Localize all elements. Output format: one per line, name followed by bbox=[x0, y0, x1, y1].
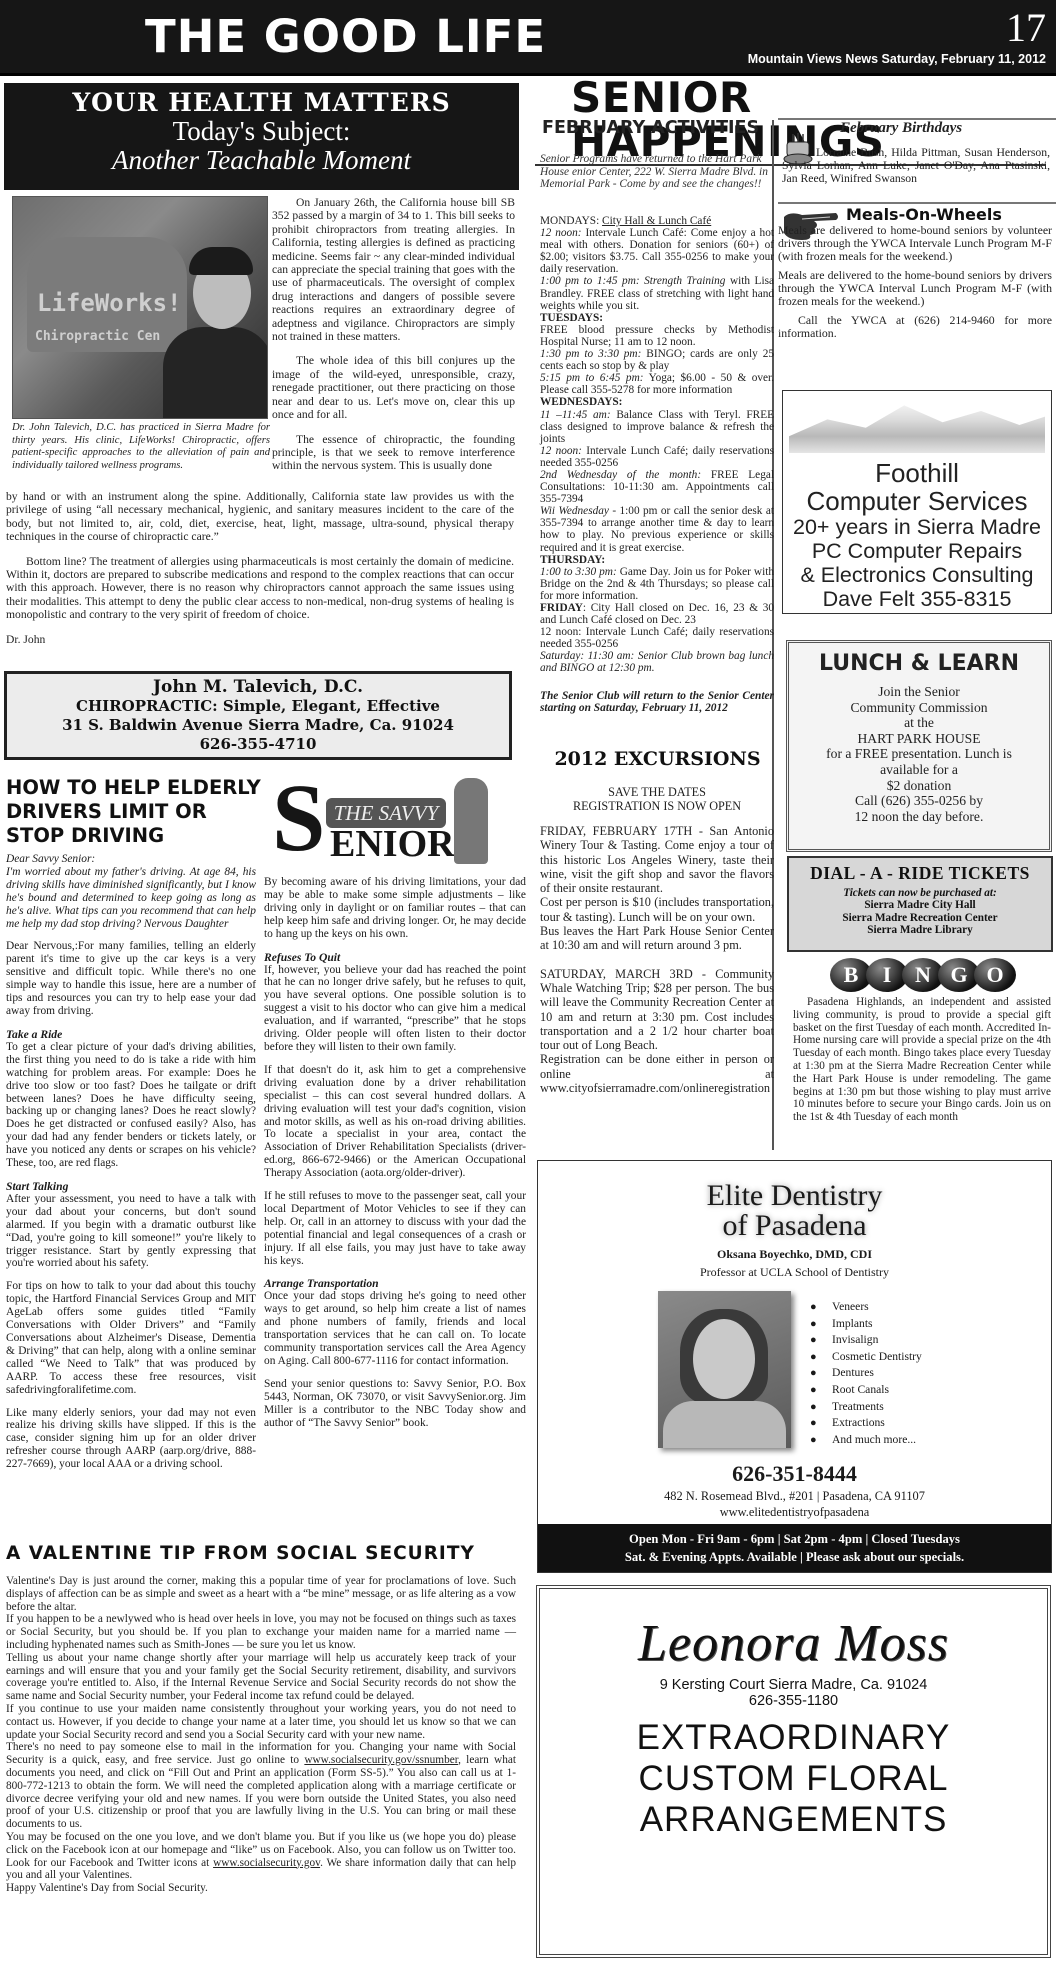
doctor-photo: LifeWorks! Chiropractic Cen bbox=[12, 196, 268, 419]
column-subject-label: Today's Subject: bbox=[4, 117, 519, 145]
chiropractic-ad: John M. Talevich, D.C. CHIROPRACTIC: Sim… bbox=[4, 671, 512, 760]
birthday-names: Lorraine Bush, Hilda Pittman, Susan Hend… bbox=[782, 146, 1050, 185]
item-time: 1:00 pm to 1:45 pm: Strength Training bbox=[540, 275, 725, 287]
item-time: 1:30 pm to 3:30 pm: bbox=[540, 348, 641, 360]
schedule-item: 12 noon: Intervale Lunch Café; daily res… bbox=[540, 445, 774, 469]
valentine-headline: A VALENTINE TIP FROM SOCIAL SECURITY bbox=[6, 1543, 521, 1564]
ticket-location: Sierra Madre City Hall bbox=[789, 899, 1051, 912]
section-title: THE GOOD LIFE bbox=[145, 10, 546, 63]
ad-line: & Electronics Consulting bbox=[783, 563, 1051, 587]
schedule-item: 1:00 to 3:30 pm: Game Day. Join us for P… bbox=[540, 566, 774, 602]
ad-line: PC Computer Repairs bbox=[783, 539, 1051, 563]
column-kicker: YOUR HEALTH MATTERS bbox=[4, 89, 519, 117]
registration-open-line: REGISTRATION IS NOW OPEN bbox=[540, 800, 774, 814]
article-paragraph: Valentine's Day is just around the corne… bbox=[6, 1575, 516, 1613]
clinic-sign-subtext: Chiropractic Cen bbox=[35, 329, 160, 344]
savvy-headline: HOW TO HELP ELDERLY DRIVERS LIMIT OR STO… bbox=[6, 776, 261, 848]
schedule-item: 1:30 pm to 3:30 pm: BINGO; cards are onl… bbox=[540, 348, 774, 372]
schedule-item: 12 noon: Intervale Lunch Café: Come enjo… bbox=[540, 227, 774, 275]
ad-name: John M. Talevich, D.C. bbox=[7, 677, 509, 697]
ad-address: 9 Kersting Court Sierra Madre, Ca. 91024 bbox=[540, 1677, 1047, 1693]
senior-club-note: The Senior Club will return to the Senio… bbox=[540, 690, 774, 714]
ad-line: 20+ years in Sierra Madre bbox=[783, 515, 1051, 539]
schedule-item: 1:00 pm to 1:45 pm: Strength Training wi… bbox=[540, 275, 774, 311]
mountain-illustration bbox=[789, 397, 1045, 453]
ad-line: Computer Services bbox=[783, 487, 1051, 515]
service-item: Dentures bbox=[810, 1365, 922, 1382]
ad-headline-line: ARRANGEMENTS bbox=[540, 1799, 1047, 1840]
hours-line: Open Mon - Fri 9am - 6pm | Sat 2pm - 4pm… bbox=[538, 1530, 1051, 1548]
excursions-title: 2012 EXCURSIONS bbox=[545, 748, 770, 770]
article-paragraph: Bottom line? The treatment of allergies … bbox=[6, 555, 514, 622]
letter-salutation: Dear Savvy Senior: bbox=[6, 853, 256, 866]
schedule-item: 2nd Wednesday of the month: FREE Legal C… bbox=[540, 469, 774, 505]
schedule-tuesday-header: TUESDAYS: bbox=[540, 312, 774, 324]
logo-big-s: S bbox=[272, 768, 325, 868]
ad-website: www.elitedentistryofpasadena bbox=[538, 1505, 1051, 1520]
ad-doctor-title: Professor at UCLA School of Dentistry bbox=[538, 1265, 1051, 1280]
body-line: at the bbox=[789, 715, 1049, 731]
ad-hours-bar: Open Mon - Fri 9am - 6pm | Sat 2pm - 4pm… bbox=[538, 1524, 1051, 1572]
savvy-senior-logo: S THE SAVVY ENIOR bbox=[268, 776, 490, 868]
item-time: 2nd Wednesday of the month: bbox=[540, 469, 701, 481]
schedule-item: FREE blood pressure checks by Methodist … bbox=[540, 324, 774, 348]
item-time: 11 –11:45 am: bbox=[540, 409, 611, 421]
article-paragraph: Send your senior questions to: Savvy Sen… bbox=[264, 1378, 526, 1430]
february-activities-title: FEBRUARY ACTIVITIES bbox=[542, 118, 759, 138]
lunch-and-learn-box: LUNCH & LEARN Join the Senior Community … bbox=[786, 640, 1052, 852]
article-paragraph: The whole idea of this bill conjures up … bbox=[272, 354, 515, 421]
newspaper-man-icon bbox=[454, 778, 488, 864]
meals-paragraph: Meals are delivered to home-bound senior… bbox=[778, 224, 1052, 263]
service-item: Cosmetic Dentistry bbox=[810, 1349, 922, 1366]
body-line: 12 noon the day before. bbox=[789, 809, 1049, 825]
savvy-column-1: Dear Savvy Senior: I'm worried about my … bbox=[6, 853, 256, 1481]
article-paragraph: Telling us about your name change shortl… bbox=[6, 1652, 516, 1703]
article-paragraph: Once your dad stops driving he's going t… bbox=[264, 1290, 526, 1367]
article-paragraph: If, however, you believe your dad has re… bbox=[264, 964, 526, 1054]
excursion-text: Registration can be done either in perso… bbox=[540, 1052, 774, 1095]
ad-phone: 626-351-8444 bbox=[538, 1461, 1051, 1487]
article-paragraph: By becoming aware of his driving limitat… bbox=[264, 876, 526, 941]
body-line: Join the Senior bbox=[789, 684, 1049, 700]
day-label: MONDAYS: bbox=[540, 215, 602, 227]
excursion-text: Bus leaves the Hart Park House Senior Ce… bbox=[540, 924, 774, 952]
ssnumber-link[interactable]: www.socialsecurity.gov/ssnumber bbox=[304, 1754, 458, 1766]
divider bbox=[778, 202, 1056, 204]
ad-title-line: of Pasadena bbox=[538, 1211, 1051, 1241]
article-paragraph: If you continue to use your maiden name … bbox=[6, 1703, 516, 1741]
ad-address: 31 S. Baldwin Avenue Sierra Madre, Ca. 9… bbox=[7, 716, 509, 735]
body-line: Community Commission bbox=[789, 700, 1049, 716]
save-dates-line: SAVE THE DATES bbox=[540, 786, 774, 800]
leonora-moss-ad: Leonora Moss 9 Kersting Court Sierra Mad… bbox=[536, 1585, 1051, 1958]
photo-jacket bbox=[663, 1401, 786, 1448]
dial-a-ride-title: DIAL - A - RIDE TICKETS bbox=[789, 863, 1051, 884]
article-closing: Happy Valentine's Day from Social Securi… bbox=[6, 1882, 516, 1895]
column-subject-title: Another Teachable Moment bbox=[4, 145, 519, 175]
article-paragraph: Dear Nervous,:For many families, telling… bbox=[6, 940, 256, 1017]
ticket-location: Sierra Madre Recreation Center bbox=[789, 912, 1051, 925]
body-line: HART PARK HOUSE bbox=[789, 731, 1049, 747]
ticket-location: Sierra Madre Library bbox=[789, 924, 1051, 937]
schedule-item: Wii Wednesday - 1:00 pm or call the seni… bbox=[540, 505, 774, 553]
excursion-item: SATURDAY, MARCH 3RD - Community Whale Wa… bbox=[540, 967, 774, 1096]
activity-schedule: MONDAYS: City Hall & Lunch Café 12 noon:… bbox=[540, 215, 774, 675]
excursion-text: SATURDAY, MARCH 3RD - Community Whale Wa… bbox=[540, 967, 774, 1052]
excursions-save-dates: SAVE THE DATES REGISTRATION IS NOW OPEN bbox=[540, 786, 774, 813]
health-column-header: YOUR HEALTH MATTERS Today's Subject: Ano… bbox=[4, 83, 519, 190]
ad-phone: 626-355-1180 bbox=[540, 1693, 1047, 1709]
service-item: Veneers bbox=[810, 1299, 922, 1316]
photo-caption: Dr. John Talevich, D.C. has practiced in… bbox=[12, 422, 270, 472]
subheading: Take a Ride bbox=[6, 1028, 256, 1041]
health-article-wide: by hand or with an instrument along the … bbox=[6, 490, 514, 657]
meals-paragraph: Meals are delivered to the home-bound se… bbox=[778, 269, 1052, 308]
photo-figure-body bbox=[163, 327, 268, 419]
ad-tagline: CHIROPRACTIC: Simple, Elegant, Effective bbox=[7, 697, 509, 716]
service-item: And much more... bbox=[810, 1432, 922, 1449]
meals-paragraph: Call the YWCA at (626) 214-9460 for more… bbox=[778, 314, 1052, 340]
schedule-item: 5:15 pm to 6:45 pm: Yoga; $6.00 - 50 & o… bbox=[540, 372, 774, 396]
item-time: 12 noon: bbox=[540, 445, 582, 457]
ad-phone: 626-355-4710 bbox=[7, 735, 509, 754]
excursions-body: FRIDAY, FEBRUARY 17TH - San Antonio Wine… bbox=[540, 824, 774, 1109]
item-time: 12 noon: bbox=[540, 227, 582, 239]
lunch-learn-title: LUNCH & LEARN bbox=[789, 651, 1049, 677]
photo-figure-cap bbox=[189, 247, 253, 275]
article-paragraph: If he still refuses to move to the passe… bbox=[264, 1190, 526, 1267]
socialsecurity-link[interactable]: www.socialsecurity.gov bbox=[213, 1857, 320, 1869]
schedule-item: 11 –11:45 am: Balance Class with Teryl. … bbox=[540, 409, 774, 445]
article-signature: Dr. John bbox=[6, 633, 514, 646]
senior-intro: Senior Programs have returned to the Har… bbox=[540, 153, 774, 191]
article-paragraph: For tips on how to talk to your dad abou… bbox=[6, 1280, 256, 1396]
excursion-item: FRIDAY, FEBRUARY 17TH - San Antonio Wine… bbox=[540, 824, 774, 953]
ad-phone: Dave Felt 355-8315 bbox=[783, 587, 1051, 611]
service-item: Root Canals bbox=[810, 1382, 922, 1399]
schedule-item: 12 noon: Intervale Lunch Café; daily res… bbox=[540, 626, 774, 650]
dial-a-ride-subtitle: Tickets can now be purchased at: bbox=[789, 887, 1051, 899]
excursion-text: Cost per person is $10 (includes transpo… bbox=[540, 895, 774, 923]
florist-logo: Leonora Moss bbox=[540, 1615, 1047, 1673]
service-item: Invisalign bbox=[810, 1332, 922, 1349]
meals-on-wheels-body: Meals are delivered to home-bound senior… bbox=[778, 224, 1052, 346]
masthead: THE GOOD LIFE 17 Mountain Views News Sat… bbox=[0, 0, 1056, 76]
article-paragraph: After your assessment, you need to have … bbox=[6, 1193, 256, 1270]
body-line: $2 donation bbox=[789, 778, 1049, 794]
day-label: FRIDAY bbox=[540, 602, 583, 614]
lunch-learn-body: Join the Senior Community Commission at … bbox=[789, 684, 1049, 824]
body-line: for a FREE presentation. Lunch is bbox=[789, 746, 1049, 762]
health-article-right-column: On January 26th, the California house bi… bbox=[272, 196, 515, 473]
foothill-computer-ad: Foothill Computer Services 20+ years in … bbox=[782, 390, 1052, 614]
item-time: 1:00 to 3:30 pm: bbox=[540, 566, 617, 578]
valentine-article: Valentine's Day is just around the corne… bbox=[6, 1575, 516, 1895]
ad-address: 482 N. Rosemead Blvd., #201 | Pasadena, … bbox=[538, 1489, 1051, 1504]
article-paragraph: There's no need to pay someone else to m… bbox=[6, 1741, 516, 1831]
schedule-monday-header: MONDAYS: City Hall & Lunch Café bbox=[540, 215, 774, 227]
item-time: Wii Wednesday bbox=[540, 505, 609, 517]
elite-dentistry-ad: Elite Dentistry of Pasadena Oksana Boyec… bbox=[537, 1160, 1052, 1573]
services-list: Veneers Implants Invisalign Cosmetic Den… bbox=[810, 1299, 922, 1448]
schedule-item: FRIDAY: City Hall closed on Dec. 16, 23 … bbox=[540, 602, 774, 626]
excursion-text: FRIDAY, FEBRUARY 17TH - San Antonio Wine… bbox=[540, 824, 774, 895]
article-paragraph: by hand or with an instrument along the … bbox=[6, 490, 514, 544]
article-paragraph: To get a clear picture of your dad's dri… bbox=[6, 1041, 256, 1170]
schedule-wednesday-header: WEDNESDAYS: bbox=[540, 396, 774, 408]
bingo-logo: B I N G O bbox=[830, 958, 1020, 992]
dial-a-ride-box: DIAL - A - RIDE TICKETS Tickets can now … bbox=[787, 856, 1053, 952]
article-paragraph: If that doesn't do it, ask him to get a … bbox=[264, 1064, 526, 1180]
service-item: Implants bbox=[810, 1316, 922, 1333]
schedule-thursday-header: THURSDAY: bbox=[540, 554, 774, 566]
ad-doctor-name: Oksana Boyechko, DMD, CDI bbox=[538, 1247, 1051, 1262]
meals-on-wheels-title: Meals-On-Wheels bbox=[846, 205, 1002, 224]
savvy-column-2: By becoming aware of his driving limitat… bbox=[264, 876, 526, 1440]
item-time: 5:15 pm to 6:45 pm: bbox=[540, 372, 644, 384]
letter-body: I'm worried about my father's driving. A… bbox=[6, 866, 256, 931]
body-line: available for a bbox=[789, 762, 1049, 778]
subheading: Arrange Transportation bbox=[264, 1277, 526, 1290]
bingo-body: Pasadena Highlands, an independent and a… bbox=[793, 996, 1051, 1124]
service-item: Extractions bbox=[810, 1415, 922, 1432]
body-line: Call (626) 355-0256 by bbox=[789, 793, 1049, 809]
clinic-sign-text: LifeWorks! bbox=[37, 289, 182, 317]
dateline: Mountain Views News Saturday, February 1… bbox=[748, 52, 1046, 66]
article-paragraph: On January 26th, the California house bi… bbox=[272, 196, 515, 343]
article-paragraph: The essence of chiropractic, the foundin… bbox=[272, 433, 515, 473]
article-paragraph: If you happen to be a newlywed who is he… bbox=[6, 1613, 516, 1651]
article-paragraph: You may be focused on the one you love, … bbox=[6, 1831, 516, 1882]
article-paragraph: Like many elderly seniors, your dad may … bbox=[6, 1407, 256, 1472]
logo-enior: ENIOR bbox=[330, 824, 455, 864]
dentist-photo bbox=[658, 1291, 791, 1448]
bingo-ball-icon: O bbox=[974, 958, 1016, 992]
birthdays-title: February Birthdays bbox=[840, 120, 962, 137]
photo-face bbox=[693, 1319, 755, 1399]
day-location: City Hall & Lunch Café bbox=[602, 215, 711, 227]
ad-headline-line: EXTRAORDINARY bbox=[540, 1717, 1047, 1758]
schedule-item: Saturday: 11:30 am: Senior Club brown ba… bbox=[540, 650, 774, 674]
subheading: Refuses To Quit bbox=[264, 951, 526, 964]
hours-line: Sat. & Evening Appts. Available | Please… bbox=[538, 1548, 1051, 1566]
page-number: 17 bbox=[1006, 4, 1046, 51]
ad-headline-line: CUSTOM FLORAL bbox=[540, 1758, 1047, 1799]
ad-title-line: Elite Dentistry bbox=[538, 1181, 1051, 1211]
service-item: Treatments bbox=[810, 1399, 922, 1416]
subheading: Start Talking bbox=[6, 1180, 256, 1193]
ad-line: Foothill bbox=[783, 459, 1051, 487]
